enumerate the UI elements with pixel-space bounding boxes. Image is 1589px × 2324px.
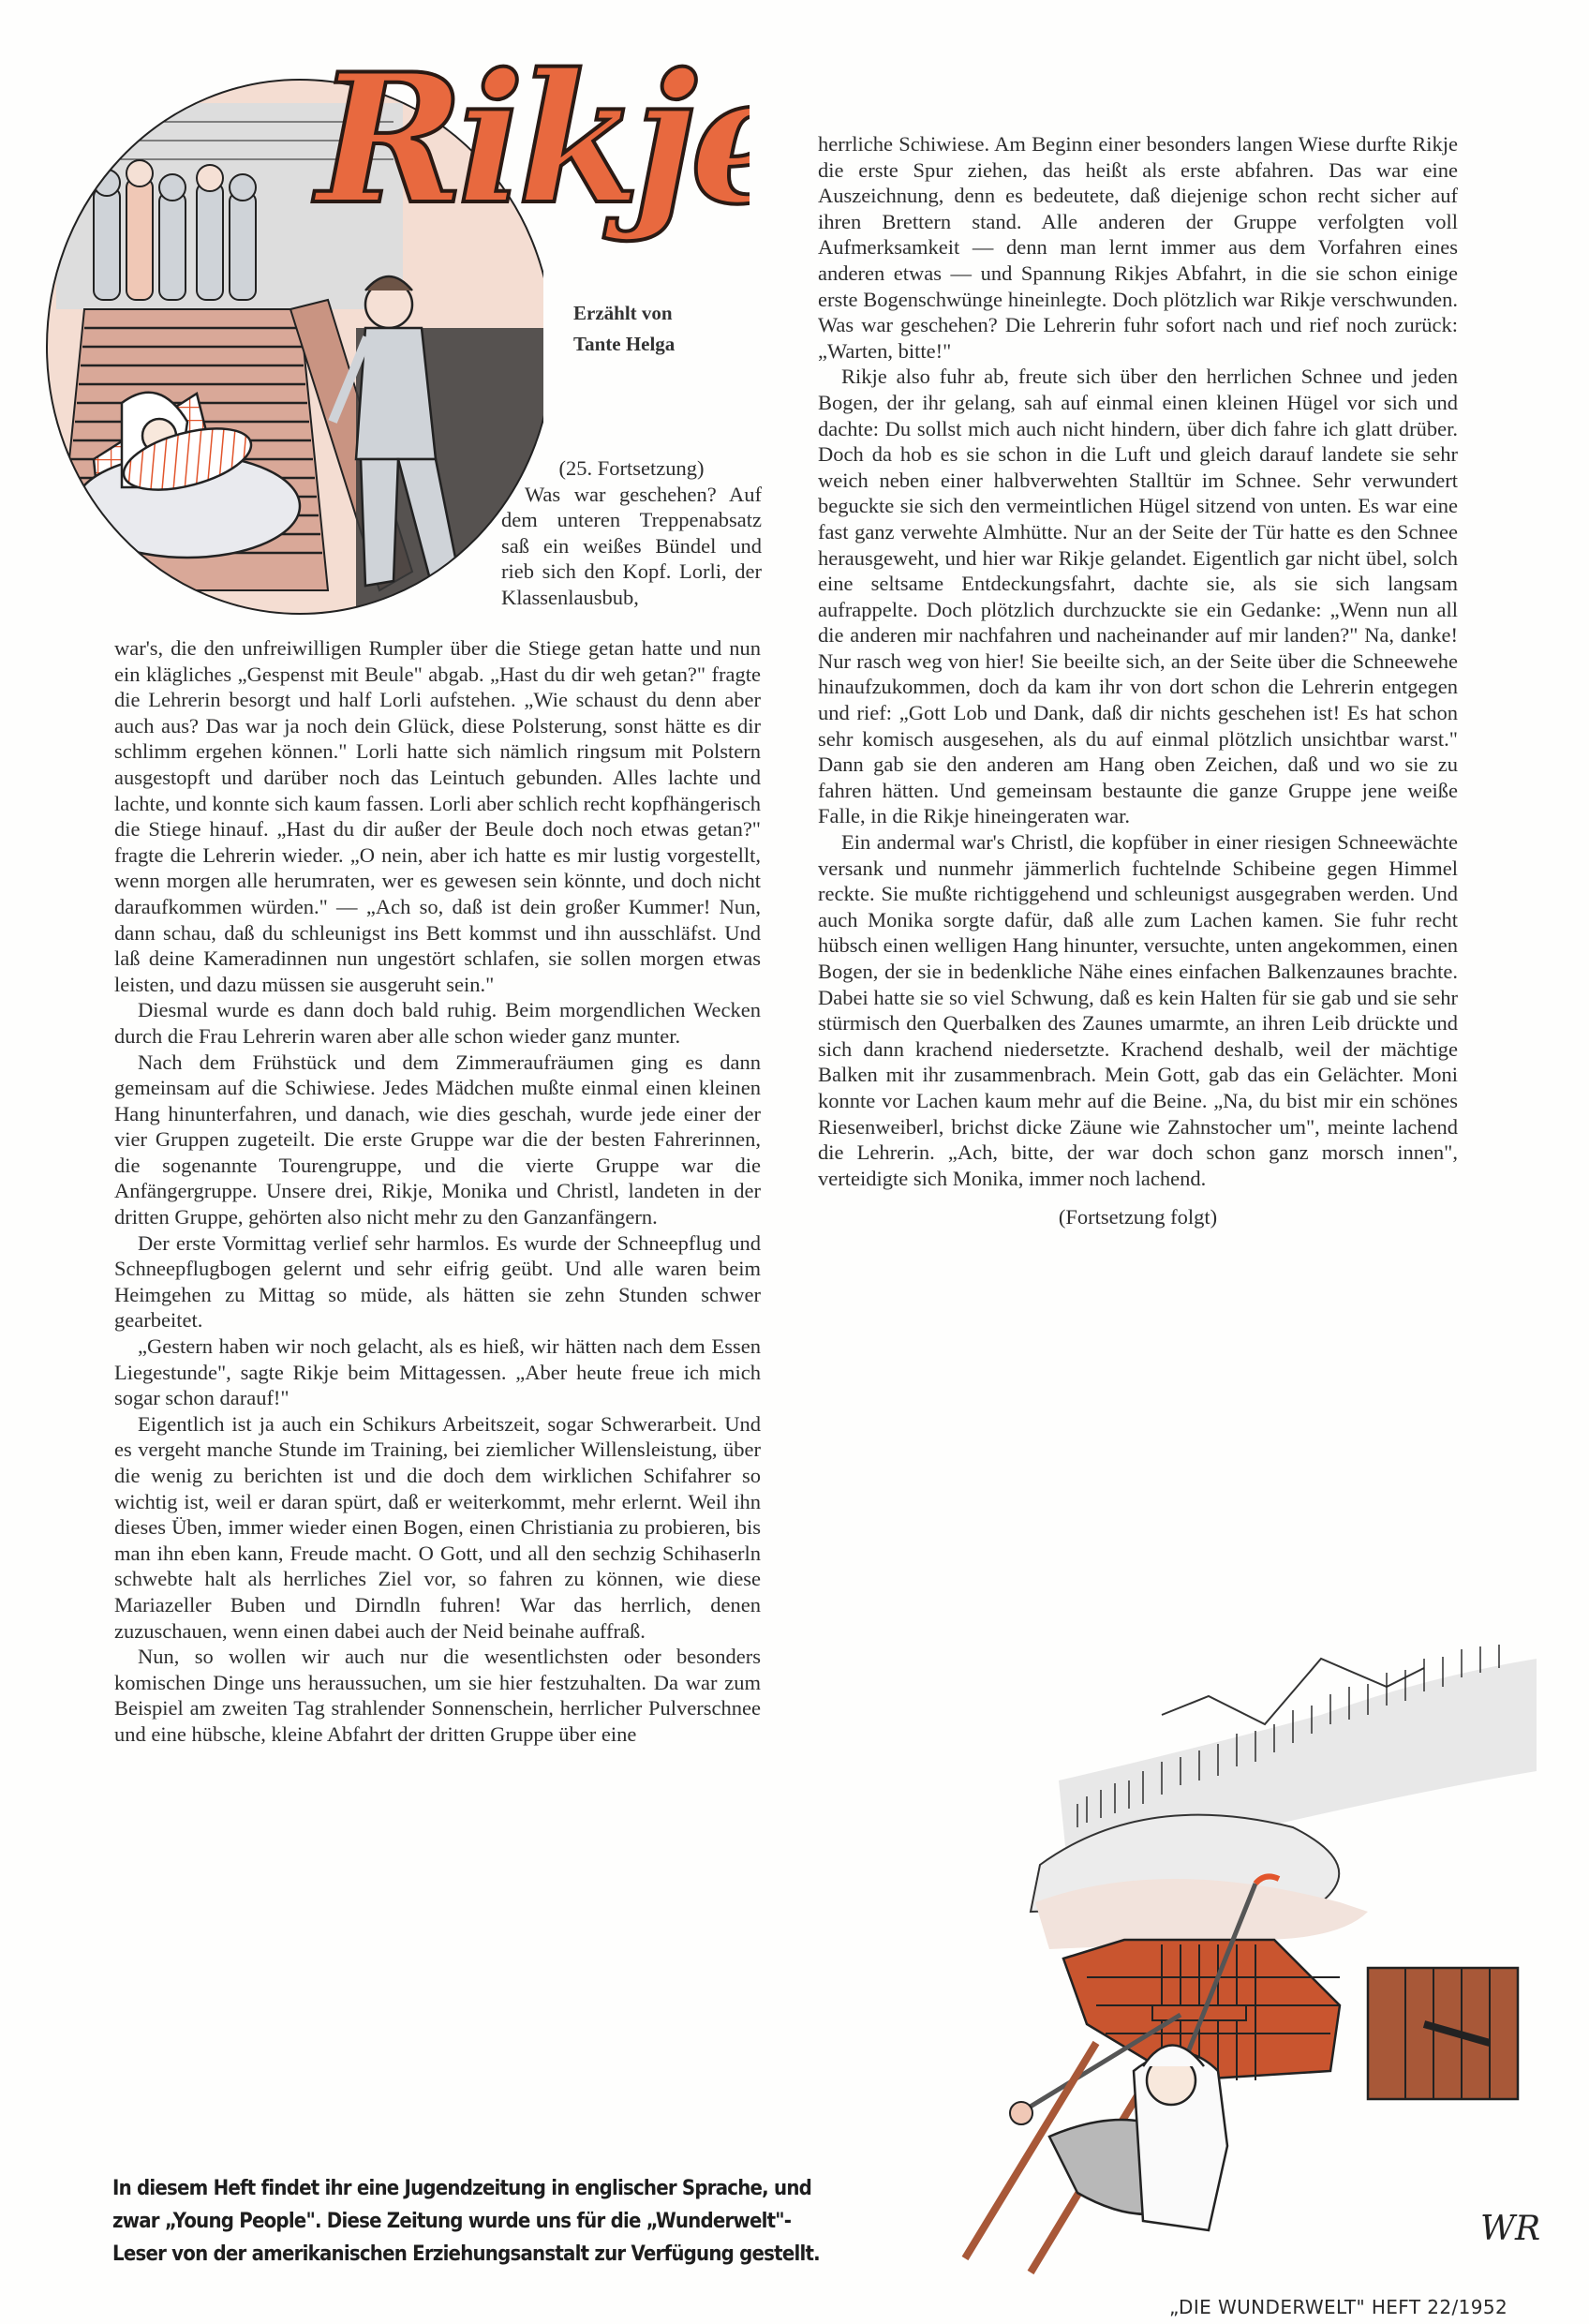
paragraph: Nach dem Frühstück und dem Zimmeraufräum… [114, 1050, 761, 1230]
paragraph: war's, die den unfreiwilligen Rumpler üb… [114, 635, 761, 997]
story-title: Rikje [309, 37, 750, 244]
paragraph: Rikje also fuhr ab, freute sich über den… [818, 364, 1458, 829]
byline: Erzählt von Tante Helga [573, 298, 733, 360]
article-right-column: herrliche Schiwiese. Am Beginn einer bes… [818, 131, 1458, 1230]
english-newspaper-notice: In diesem Heft findet ihr eine Jugendzei… [112, 2172, 909, 2271]
to-be-continued: (Fortsetzung folgt) [818, 1204, 1458, 1230]
paragraph: „Gestern haben wir noch gelacht, als es … [114, 1333, 761, 1411]
article-left-column: war's, die den unfreiwilligen Rumpler üb… [114, 635, 761, 1748]
byline-line-1: Erzählt von [573, 298, 733, 329]
paragraph: Nun, so wollen wir auch nur die wesentli… [114, 1644, 761, 1747]
paragraph: herrliche Schiwiese. Am Beginn einer bes… [818, 131, 1458, 364]
skier-hut-illustration: WR [899, 1584, 1574, 2287]
continuation-note: (25. Fortsetzung) [501, 455, 762, 482]
artist-signature: WR [1480, 2210, 1540, 2248]
notice-line: Leser von der amerikanischen Erziehungsa… [112, 2238, 909, 2271]
paragraph: Ein andermal war's Christl, die kopfüber… [818, 829, 1458, 1191]
paragraph: Der erste Vormittag verlief sehr harmlos… [114, 1230, 761, 1333]
byline-author: Tante Helga [573, 329, 733, 360]
issue-footer: „DIE WUNDERWELT" HEFT 22/1952 [1169, 2296, 1507, 2318]
title-text: Rikje [312, 37, 750, 244]
paragraph: Eigentlich ist ja auch ein Schikurs Arbe… [114, 1411, 761, 1644]
intro-paragraph: Was war geschehen? Auf dem unteren Trepp… [501, 482, 762, 611]
paragraph: Diesmal wurde es dann doch bald ruhig. B… [114, 997, 761, 1049]
article-intro-column: (25. Fortsetzung) Was war geschehen? Auf… [501, 455, 762, 611]
notice-line: In diesem Heft findet ihr eine Jugendzei… [112, 2172, 909, 2205]
notice-line: zwar „Young People". Diese Zeitung wurde… [112, 2205, 909, 2238]
